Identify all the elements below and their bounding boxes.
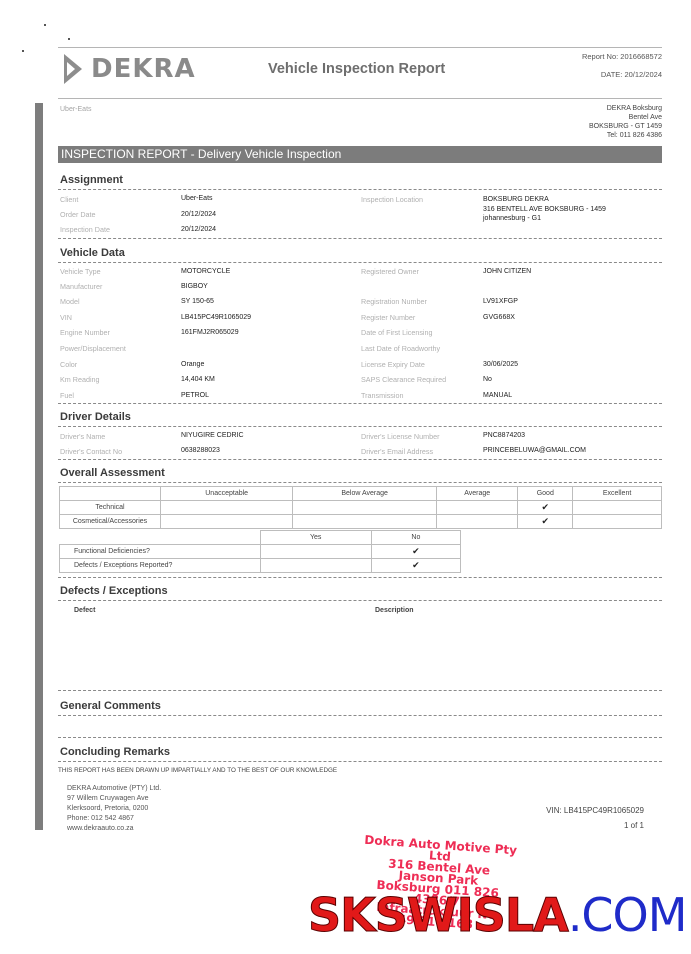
yes-no-cell: ✔ [371,545,460,559]
location-line: 316 BENTELL AVE BOKSBURG - 1459 [483,205,606,215]
vehicle-field-value: No [483,376,492,383]
vehicle-field-label: SAPS Clearance Required [361,375,446,384]
yes-no-header-row: YesNo [60,531,461,545]
vehicle-field-label: VIN [60,313,72,322]
watermark: SKSWISLA.COM [308,888,686,942]
vehicle-field-label: Registration Number [361,297,427,306]
check-icon: ✔ [542,516,550,526]
footer-street: 97 Willem Cruywagen Ave [67,794,161,804]
rating-column-header: Average [437,487,518,501]
scan-speck [44,24,46,26]
report-title: Vehicle Inspection Report [268,61,445,77]
location-line: BOKSBURG DEKRA [483,195,606,205]
assessment-rating-table: UnacceptableBelow AverageAverageGoodExce… [59,486,662,529]
vehicle-field-value: JOHN CITIZEN [483,268,531,275]
blank-cell [60,531,261,545]
branch-phone: Tel: 011 826 4386 [589,131,662,140]
rating-column-header: Below Average [293,487,437,501]
vehicle-field-value: PETROL [181,392,209,399]
vehicle-field-value: 30/06/2025 [483,361,518,368]
assignment-heading: Assignment [60,174,123,186]
driver-license-label: Driver's License Number [361,432,439,441]
vehicle-field-label: Color [60,360,77,369]
vehicle-field-value: MANUAL [483,392,512,399]
check-icon: ✔ [542,502,550,512]
page-number: 1 of 1 [624,821,644,830]
rating-cell [573,501,662,515]
assessment-yes-no-table: YesNoFunctional Deficiencies?✔Defects / … [59,530,461,573]
vehicle-field-label: Date of First Licensing [361,328,433,337]
rating-header-row: UnacceptableBelow AverageAverageGoodExce… [60,487,662,501]
client-label: Client [60,195,78,204]
inspection-location-label: Inspection Location [361,195,423,204]
rating-cell [573,515,662,529]
divider [58,426,662,427]
rating-column-header: Excellent [573,487,662,501]
inspection-title-bar: INSPECTION REPORT - Delivery Vehicle Ins… [58,146,662,163]
branch-city: BOKSBURG - GT 1459 [589,122,662,131]
dekra-logo: DEKRA [64,54,196,84]
vehicle-field-value: SY 150-65 [181,298,214,305]
vehicle-field-value: 161FMJ2R065029 [181,329,239,336]
yes-no-cell [260,545,371,559]
company-footer: DEKRA Automotive (PTY) Ltd. 97 Willem Cr… [67,784,161,834]
rating-cell [437,501,518,515]
defects-heading: Defects / Exceptions [60,585,168,597]
header-top-rule [58,47,662,48]
rating-cell: ✔ [518,515,573,529]
check-icon: ✔ [412,560,420,570]
vehicle-field-value: MOTORCYCLE [181,268,230,275]
vehicle-field-label: Registered Owner [361,267,419,276]
location-line: johannesburg - G1 [483,214,606,224]
driver-details-heading: Driver Details [60,411,131,423]
rating-cell: ✔ [518,501,573,515]
driver-contact-value: 0638288023 [181,447,220,454]
vehicle-field-label: Model [60,297,80,306]
description-column-header: Description [375,607,414,614]
rating-row-label: Cosmetical/Accessories [60,515,161,529]
branch-name: DEKRA Boksburg [589,104,662,113]
divider [58,238,662,239]
divider [58,690,662,691]
footer-city: Klerksoord, Pretoria, 0200 [67,804,161,814]
footer-phone: Phone: 012 542 4867 [67,814,161,824]
logo-text: DEKRA [91,54,196,84]
rating-cell [161,515,293,529]
vehicle-field-label: Fuel [60,391,74,400]
branch-address: DEKRA Boksburg Bentel Ave BOKSBURG - GT … [589,104,662,140]
divider [58,189,662,190]
scan-speck [22,50,24,52]
client-value: Uber-Eats [181,195,213,202]
defect-column-header: Defect [74,607,95,614]
driver-contact-label: Driver's Contact No [60,447,122,456]
vehicle-data-heading: Vehicle Data [60,247,125,259]
vehicle-field-label: Km Reading [60,375,100,384]
driver-license-value: PNC8874203 [483,432,525,439]
overall-assessment-heading: Overall Assessment [60,467,165,479]
check-icon: ✔ [412,546,420,556]
blank-cell [60,487,161,501]
rating-row: Cosmetical/Accessories✔ [60,515,662,529]
driver-email-value: PRINCEBELUWA@GMAIL.COM [483,447,586,454]
yes-no-row: Functional Deficiencies?✔ [60,545,461,559]
general-comments-heading: General Comments [60,700,161,712]
vehicle-field-value: Orange [181,361,204,368]
divider [58,761,662,762]
vehicle-field-label: Manufacturer [60,282,102,291]
vehicle-field-value: LB415PC49R1065029 [181,314,251,321]
divider [58,600,662,601]
yes-no-cell: ✔ [371,559,460,573]
report-date: DATE: 20/12/2024 [601,70,662,79]
footer-company-name: DEKRA Automotive (PTY) Ltd. [67,784,161,794]
footer-website[interactable]: www.dekraauto.co.za [67,824,161,834]
inspection-location-value: BOKSBURG DEKRA 316 BENTELL AVE BOKSBURG … [483,195,606,224]
divider [58,403,662,404]
yes-no-cell [260,559,371,573]
vehicle-field-value: LV91XFGP [483,298,518,305]
rating-cell [293,515,437,529]
vehicle-field-value: 14,404 KM [181,376,215,383]
yes-no-row: Defects / Exceptions Reported?✔ [60,559,461,573]
divider [58,482,662,483]
watermark-blue-text: .COM [568,888,687,942]
scan-edge-bar [35,103,43,830]
divider [58,262,662,263]
rating-cell [161,501,293,515]
yes-no-row-label: Defects / Exceptions Reported? [60,559,261,573]
dekra-arrow-icon [64,54,82,84]
scan-speck [68,38,70,40]
order-date-value: 20/12/2024 [181,211,216,218]
inspection-date-label: Inspection Date [60,225,110,234]
vehicle-field-label: Vehicle Type [60,267,101,276]
driver-name-value: NIYUGIRE CEDRIC [181,432,244,439]
rating-cell [437,515,518,529]
vehicle-field-value: GVG668X [483,314,515,321]
rating-column-header: Unacceptable [161,487,293,501]
driver-email-label: Driver's Email Address [361,447,433,456]
inspection-date-value: 20/12/2024 [181,226,216,233]
driver-name-label: Driver's Name [60,432,105,441]
order-date-label: Order Date [60,210,96,219]
rating-column-header: Good [518,487,573,501]
vehicle-field-label: Transmission [361,391,403,400]
yes-no-column-header: No [371,531,460,545]
rating-cell [293,501,437,515]
divider [58,459,662,460]
vehicle-field-label: License Expiry Date [361,360,425,369]
branch-street: Bentel Ave [589,113,662,122]
vehicle-field-label: Last Date of Roadworthy [361,344,440,353]
concluding-remarks-text: THIS REPORT HAS BEEN DRAWN UP IMPARTIALL… [58,767,337,774]
yes-no-row-label: Functional Deficiencies? [60,545,261,559]
divider [58,737,662,738]
footer-vin: VIN: LB415PC49R1065029 [546,806,644,815]
divider [58,577,662,578]
report-number: Report No: 2016668572 [582,52,662,61]
header-bottom-rule [58,98,662,99]
rating-row: Technical✔ [60,501,662,515]
vehicle-field-value: BIGBOY [181,283,208,290]
client-name-header: Uber-Eats [60,106,92,113]
vehicle-field-label: Power/Displacement [60,344,126,353]
concluding-remarks-heading: Concluding Remarks [60,746,170,758]
yes-no-column-header: Yes [260,531,371,545]
vehicle-field-label: Register Number [361,313,415,322]
watermark-red-text: SKSWISLA [308,888,568,942]
vehicle-field-label: Engine Number [60,328,110,337]
divider [58,715,662,716]
rating-row-label: Technical [60,501,161,515]
